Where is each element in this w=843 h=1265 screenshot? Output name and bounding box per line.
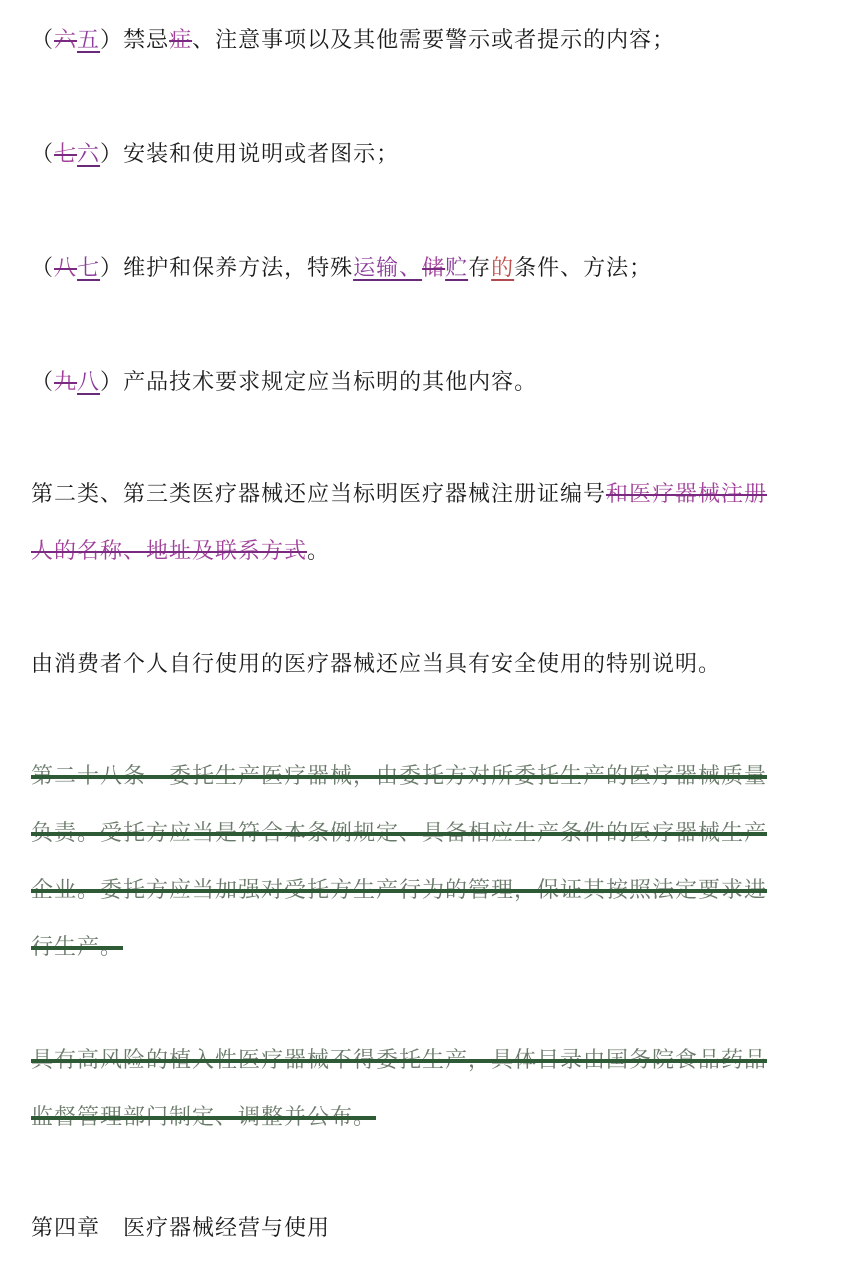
inserted-number: 六	[77, 142, 100, 167]
inserted-char: 贮	[445, 256, 468, 281]
chapter-heading: 第四章 医疗器械经营与使用	[31, 1200, 330, 1257]
open-paren: （	[31, 256, 54, 281]
deleted-number: 六	[54, 28, 77, 53]
deleted-char: 储	[422, 256, 445, 281]
deleted-text: 具有高风险的植入性医疗器械不得委托生产，具体目录由国务院食品药品监督管理部门制定…	[31, 1048, 767, 1130]
paragraph-text: 第二类、第三类医疗器械还应当标明医疗器械注册证编号	[31, 482, 606, 507]
list-item-installation: （七六）安装和使用说明或者图示；	[31, 126, 399, 183]
close-paren: ）	[100, 256, 123, 281]
paragraph-end: 。	[307, 539, 330, 564]
item-text-post: 、注意事项以及其他需要警示或者提示的内容；	[192, 28, 675, 53]
close-paren: ）	[100, 28, 123, 53]
list-item-maintenance: （八七）维护和保养方法，特殊运输、储贮存的条件、方法；	[31, 240, 652, 297]
deleted-high-risk-paragraph: 具有高风险的植入性医疗器械不得委托生产，具体目录由国务院食品药品监督管理部门制定…	[31, 1032, 789, 1146]
deleted-text: 第二十八条 委托生产医疗器械，由委托方对所委托生产的医疗器械质量负责。受托方应当…	[31, 764, 767, 960]
open-paren: （	[31, 28, 54, 53]
inserted-number: 五	[77, 28, 100, 53]
paragraph-registration-number: 第二类、第三类医疗器械还应当标明医疗器械注册证编号和医疗器械注册人的名称、地址及…	[31, 466, 789, 580]
item-text-pre: 维护和保养方法，特殊	[123, 256, 353, 281]
inserted-number: 七	[77, 256, 100, 281]
deleted-article-28: 第二十八条 委托生产医疗器械，由委托方对所委托生产的医疗器械质量负责。受托方应当…	[31, 748, 789, 976]
inserted-red-char: 的	[491, 256, 514, 281]
open-paren: （	[31, 370, 54, 395]
deleted-number: 九	[54, 370, 77, 395]
item-text-mid: 存	[468, 256, 491, 281]
item-text: 产品技术要求规定应当标明的其他内容。	[123, 370, 537, 395]
item-text-pre: 禁忌	[123, 28, 169, 53]
item-text-post: 条件、方法；	[514, 256, 652, 281]
close-paren: ）	[100, 370, 123, 395]
open-paren: （	[31, 142, 54, 167]
item-text: 安装和使用说明或者图示；	[123, 142, 399, 167]
paragraph-consumer-use: 由消费者个人自行使用的医疗器械还应当具有安全使用的特别说明。	[31, 636, 721, 693]
deleted-number: 八	[54, 256, 77, 281]
inserted-transport: 运输、	[353, 256, 422, 281]
paragraph-text: 由消费者个人自行使用的医疗器械还应当具有安全使用的特别说明。	[31, 652, 721, 677]
list-item-contraindications: （六五）禁忌症、注意事项以及其他需要警示或者提示的内容；	[31, 12, 675, 69]
list-item-other-content: （九八）产品技术要求规定应当标明的其他内容。	[31, 354, 537, 411]
chapter-title: 第四章 医疗器械经营与使用	[31, 1216, 330, 1241]
deleted-word: 症	[169, 28, 192, 53]
close-paren: ）	[100, 142, 123, 167]
deleted-number: 七	[54, 142, 77, 167]
inserted-number: 八	[77, 370, 100, 395]
